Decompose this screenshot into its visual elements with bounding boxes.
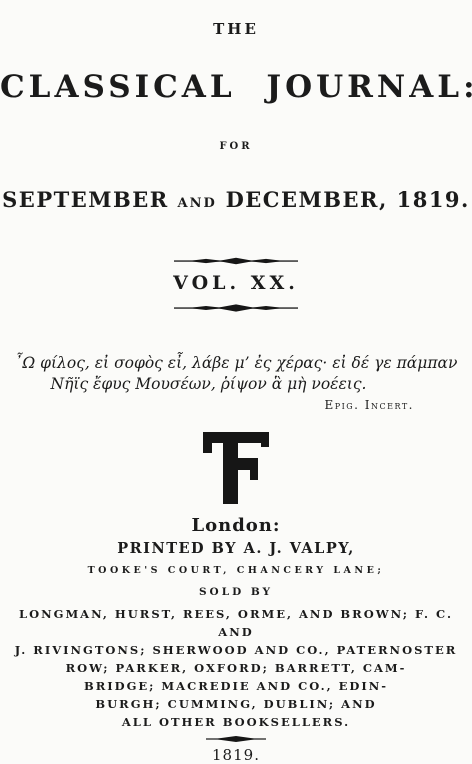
epigraph-line-1: ῏Ω φίλος, εἰ σοφὸς εἶ, λάβε μ’ ἐς χέρας·… [0,353,472,374]
booksellers-line: J. RIVINGTONS; SHERWOOD AND CO., PATERNO… [0,641,472,659]
greek-epigraph: ῏Ω φίλος, εἰ σοφὸς εἶ, λάβε μ’ ἐς χέρας·… [0,353,472,395]
swelled-rule-icon [206,735,266,743]
issue-month-2: DECEMBER, 1819. [226,187,470,212]
sold-by-label: SOLD BY [0,586,472,598]
issue-month-1: SEPTEMBER [2,187,169,212]
swelled-rule-ornament-mid [0,303,472,313]
booksellers-list: LONGMAN, HURST, REES, ORME, AND BROWN; F… [0,605,472,731]
epigraph-attribution: Epig. Incert. [0,398,414,412]
journal-title: CLASSICAL JOURNAL: [0,72,472,103]
imprint-city: London: [0,517,472,535]
volume-label: VOL. XX. [0,274,472,293]
for-label: FOR [0,142,472,152]
imprint-address: TOOKE'S COURT, CHANCERY LANE; [0,565,472,577]
article-the: THE [0,22,472,37]
imprint-printer: PRINTED BY A. J. VALPY, [0,541,472,557]
printer-device [0,432,472,506]
swelled-rule-ornament-top [0,256,472,266]
booksellers-line: LONGMAN, HURST, REES, ORME, AND BROWN; F… [0,605,472,641]
booksellers-line: BRIDGE; MACREDIE AND CO., EDIN- [0,677,472,695]
issue-and: AND [178,196,217,211]
swelled-rule-ornament-bottom [0,735,472,743]
epigraph-line-2: Νῆϊς ἔφυς Μουσέων, ῥίψον ἃ μὴ νοέεις. [0,374,472,395]
swelled-rule-icon [174,256,298,266]
imprint-year: 1819. [0,747,472,763]
issue-date-line: SEPTEMBER AND DECEMBER, 1819. [0,189,472,215]
swelled-rule-icon [174,303,298,313]
booksellers-line: BURGH; CUMMING, DUBLIN; AND [0,695,472,713]
printer-device-monogram-icon [203,432,269,506]
booksellers-line: ROW; PARKER, OXFORD; BARRETT, CAM- [0,659,472,677]
title-page: THE CLASSICAL JOURNAL: FOR SEPTEMBER AND… [0,0,472,764]
booksellers-line: ALL OTHER BOOKSELLERS. [0,713,472,731]
